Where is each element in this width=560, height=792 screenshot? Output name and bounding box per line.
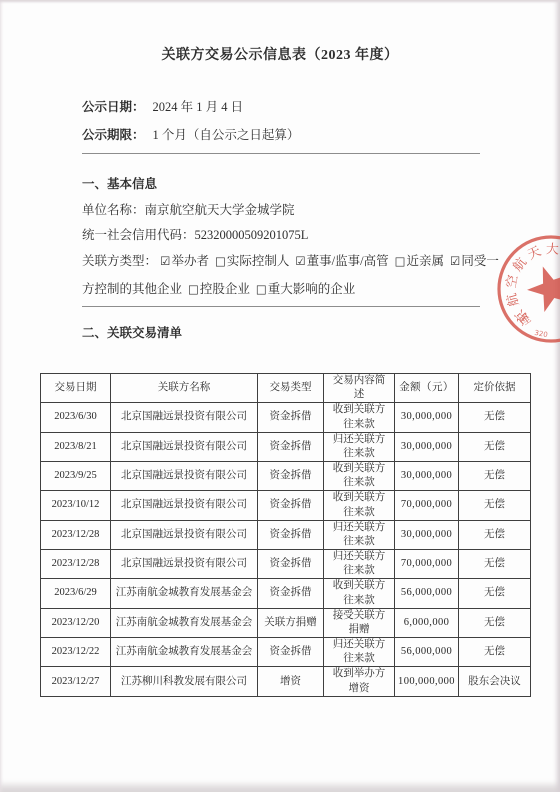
table-header-cell: 交易日期 bbox=[41, 374, 111, 403]
table-cell: 70,000,000 bbox=[395, 491, 459, 520]
table-cell: 100,000,000 bbox=[395, 667, 459, 696]
checkbox-unchecked-icon: □ bbox=[395, 254, 406, 268]
table-cell: 资金拆借 bbox=[258, 638, 324, 667]
related-party-type-option: □重大影响的企业 bbox=[256, 282, 355, 296]
table-cell: 30,000,000 bbox=[395, 520, 459, 549]
table-cell: 2023/12/28 bbox=[41, 520, 111, 549]
section-transaction-list-title: 二、关联交易清单 bbox=[82, 323, 182, 341]
credit-code-line: 统一社会信用代码：52320000509201075L bbox=[82, 225, 308, 243]
publish-date-label: 公示日期： bbox=[82, 100, 145, 114]
checkbox-unchecked-icon: □ bbox=[256, 282, 267, 296]
related-party-type-line: 关联方类型： ☑举办者□实际控制人☑董事/监事/高管□近亲属☑同受一方控制的其他… bbox=[82, 247, 502, 303]
table-cell: 北京国融远景投资有限公司 bbox=[111, 491, 258, 520]
table-header-cell: 定价依据 bbox=[459, 374, 531, 403]
publish-period-line: 公示期限：1 个月（自公示之日起算） bbox=[82, 125, 299, 143]
unit-name-value: 南京航空航天大学金城学院 bbox=[145, 203, 295, 217]
publish-period-label: 公示期限： bbox=[82, 128, 145, 142]
checkbox-checked-icon: ☑ bbox=[450, 254, 460, 268]
credit-code-value: 52320000509201075L bbox=[195, 228, 309, 242]
table-header-cell: 交易类型 bbox=[258, 374, 324, 403]
table-cell: 无偿 bbox=[459, 520, 531, 549]
table-cell: 30,000,000 bbox=[395, 403, 459, 432]
table-cell: 无偿 bbox=[459, 491, 531, 520]
table-row: 2023/6/29江苏南航金城教育发展基金会资金拆借收到关联方往来款56,000… bbox=[41, 579, 531, 608]
table-cell: 无偿 bbox=[459, 432, 531, 461]
table-row: 2023/8/21北京国融远景投资有限公司资金拆借归还关联方往来款30,000,… bbox=[41, 432, 531, 461]
table-cell: 资金拆借 bbox=[258, 462, 324, 491]
credit-code-label: 统一社会信用代码： bbox=[82, 228, 195, 242]
checkbox-checked-icon: ☑ bbox=[295, 254, 305, 268]
table-cell: 无偿 bbox=[459, 608, 531, 637]
table-cell: 2023/12/27 bbox=[41, 667, 111, 696]
publish-period-value: 1 个月（自公示之日起算） bbox=[153, 128, 300, 142]
related-party-type-option: □控股企业 bbox=[188, 282, 250, 296]
table-cell: 收到关联方往来款 bbox=[324, 403, 395, 432]
table-cell: 关联方捐赠 bbox=[258, 608, 324, 637]
table-cell: 70,000,000 bbox=[395, 550, 459, 579]
table-row: 2023/10/12北京国融远景投资有限公司资金拆借收到关联方往来款70,000… bbox=[41, 491, 531, 520]
table-cell: 归还关联方往来款 bbox=[324, 550, 395, 579]
table-cell: 资金拆借 bbox=[258, 520, 324, 549]
table-cell: 归还关联方往来款 bbox=[324, 638, 395, 667]
unit-name-line: 单位名称：南京航空航天大学金城学院 bbox=[82, 200, 295, 218]
table-cell: 56,000,000 bbox=[395, 638, 459, 667]
checkbox-checked-icon: ☑ bbox=[160, 254, 170, 268]
seal-ring-char: 航 bbox=[503, 292, 521, 309]
table-row: 2023/12/22江苏南航金城教育发展基金会资金拆借归还关联方往来款56,00… bbox=[41, 638, 531, 667]
publish-date-value: 2024 年 1 月 4 日 bbox=[153, 100, 244, 114]
related-party-type-option: ☑董事/监事/高管 bbox=[295, 254, 388, 268]
table-cell: 江苏南航金城教育发展基金会 bbox=[111, 608, 258, 637]
related-party-type-label: 关联方类型： bbox=[82, 254, 157, 268]
divider-rule-top bbox=[82, 153, 480, 154]
section-basic-info-title: 一、基本信息 bbox=[82, 174, 157, 192]
table-cell: 2023/8/21 bbox=[41, 432, 111, 461]
table-cell: 北京国融远景投资有限公司 bbox=[111, 520, 258, 549]
transactions-table: 交易日期关联方名称交易类型交易内容简述金额（元）定价依据 2023/6/30北京… bbox=[40, 373, 531, 697]
table-cell: 56,000,000 bbox=[395, 579, 459, 608]
table-row: 2023/12/27江苏柳川科教发展有限公司增资收到举办方增资100,000,0… bbox=[41, 667, 531, 696]
table-cell: 归还关联方往来款 bbox=[324, 432, 395, 461]
table-cell: 归还关联方往来款 bbox=[324, 520, 395, 549]
table-cell: 资金拆借 bbox=[258, 550, 324, 579]
table-cell: 江苏南航金城教育发展基金会 bbox=[111, 638, 258, 667]
table-cell: 2023/12/22 bbox=[41, 638, 111, 667]
seal-ring-char: 天 bbox=[525, 243, 543, 262]
table-cell: 6,000,000 bbox=[395, 608, 459, 637]
seal-ring-char: 航 bbox=[510, 255, 530, 274]
related-party-type-option-label: 控股企业 bbox=[200, 282, 250, 296]
related-party-type-option-label: 近亲属 bbox=[407, 254, 445, 268]
table-cell: 无偿 bbox=[459, 462, 531, 491]
official-seal-stamp: 京航空航天大 理 320 bbox=[491, 229, 560, 349]
table-cell: 收到关联方往来款 bbox=[324, 579, 395, 608]
table-header-cell: 交易内容简述 bbox=[324, 374, 395, 403]
table-cell: 接受关联方捐赠 bbox=[324, 608, 395, 637]
table-row: 2023/12/28北京国融远景投资有限公司资金拆借归还关联方往来款70,000… bbox=[41, 550, 531, 579]
table-row: 2023/9/25北京国融远景投资有限公司资金拆借收到关联方往来款30,000,… bbox=[41, 462, 531, 491]
seal-ring-char: 空 bbox=[503, 274, 520, 290]
table-row: 2023/12/20江苏南航金城教育发展基金会关联方捐赠接受关联方捐赠6,000… bbox=[41, 608, 531, 637]
related-party-type-option: □实际控制人 bbox=[215, 254, 289, 268]
divider-rule-bottom bbox=[82, 306, 480, 307]
page-title: 关联方交易公示信息表（2023 年度） bbox=[0, 44, 560, 64]
related-party-type-option: ☑举办者 bbox=[160, 254, 209, 268]
table-header-row: 交易日期关联方名称交易类型交易内容简述金额（元）定价依据 bbox=[41, 374, 531, 403]
checkbox-unchecked-icon: □ bbox=[188, 282, 199, 296]
table-cell: 2023/10/12 bbox=[41, 491, 111, 520]
table-cell: 2023/6/29 bbox=[41, 579, 111, 608]
table-cell: 2023/12/20 bbox=[41, 608, 111, 637]
table-cell: 收到关联方往来款 bbox=[324, 491, 395, 520]
document-page: 关联方交易公示信息表（2023 年度） 公示日期：2024 年 1 月 4 日 … bbox=[0, 0, 560, 792]
related-party-type-option-label: 实际控制人 bbox=[227, 254, 290, 268]
related-party-type-option-label: 重大影响的企业 bbox=[268, 282, 356, 296]
seal-star-icon bbox=[521, 259, 560, 315]
table-cell: 资金拆借 bbox=[258, 432, 324, 461]
table-cell: 北京国融远景投资有限公司 bbox=[111, 432, 258, 461]
related-party-type-option: □近亲属 bbox=[395, 254, 444, 268]
related-party-type-option-label: 举办者 bbox=[171, 254, 209, 268]
publish-date-line: 公示日期：2024 年 1 月 4 日 bbox=[82, 97, 243, 115]
table-cell: 无偿 bbox=[459, 550, 531, 579]
seal-ring-char: 大 bbox=[546, 241, 560, 256]
related-party-type-option-label: 董事/监事/高管 bbox=[307, 254, 389, 268]
table-cell: 无偿 bbox=[459, 403, 531, 432]
table-cell: 江苏南航金城教育发展基金会 bbox=[111, 579, 258, 608]
table-cell: 资金拆借 bbox=[258, 579, 324, 608]
table-cell: 无偿 bbox=[459, 638, 531, 667]
table-cell: 资金拆借 bbox=[258, 403, 324, 432]
table-cell: 股东会决议 bbox=[459, 667, 531, 696]
table-cell: 收到关联方往来款 bbox=[324, 462, 395, 491]
table-cell: 北京国融远景投资有限公司 bbox=[111, 550, 258, 579]
table-cell: 2023/12/28 bbox=[41, 550, 111, 579]
table-row: 2023/6/30北京国融远景投资有限公司资金拆借收到关联方往来款30,000,… bbox=[41, 403, 531, 432]
table-cell: 北京国融远景投资有限公司 bbox=[111, 462, 258, 491]
table-cell: 收到举办方增资 bbox=[324, 667, 395, 696]
table-header-cell: 关联方名称 bbox=[111, 374, 258, 403]
table-cell: 北京国融远景投资有限公司 bbox=[111, 403, 258, 432]
table-cell: 资金拆借 bbox=[258, 491, 324, 520]
table-cell: 2023/9/25 bbox=[41, 462, 111, 491]
table-header-cell: 金额（元） bbox=[395, 374, 459, 403]
unit-name-label: 单位名称： bbox=[82, 203, 145, 217]
table-cell: 无偿 bbox=[459, 579, 531, 608]
table-cell: 30,000,000 bbox=[395, 432, 459, 461]
table-cell: 2023/6/30 bbox=[41, 403, 111, 432]
checkbox-unchecked-icon: □ bbox=[215, 254, 226, 268]
table-cell: 江苏柳川科教发展有限公司 bbox=[111, 667, 258, 696]
table-cell: 增资 bbox=[258, 667, 324, 696]
table-cell: 30,000,000 bbox=[395, 462, 459, 491]
table-row: 2023/12/28北京国融远景投资有限公司资金拆借归还关联方往来款30,000… bbox=[41, 520, 531, 549]
